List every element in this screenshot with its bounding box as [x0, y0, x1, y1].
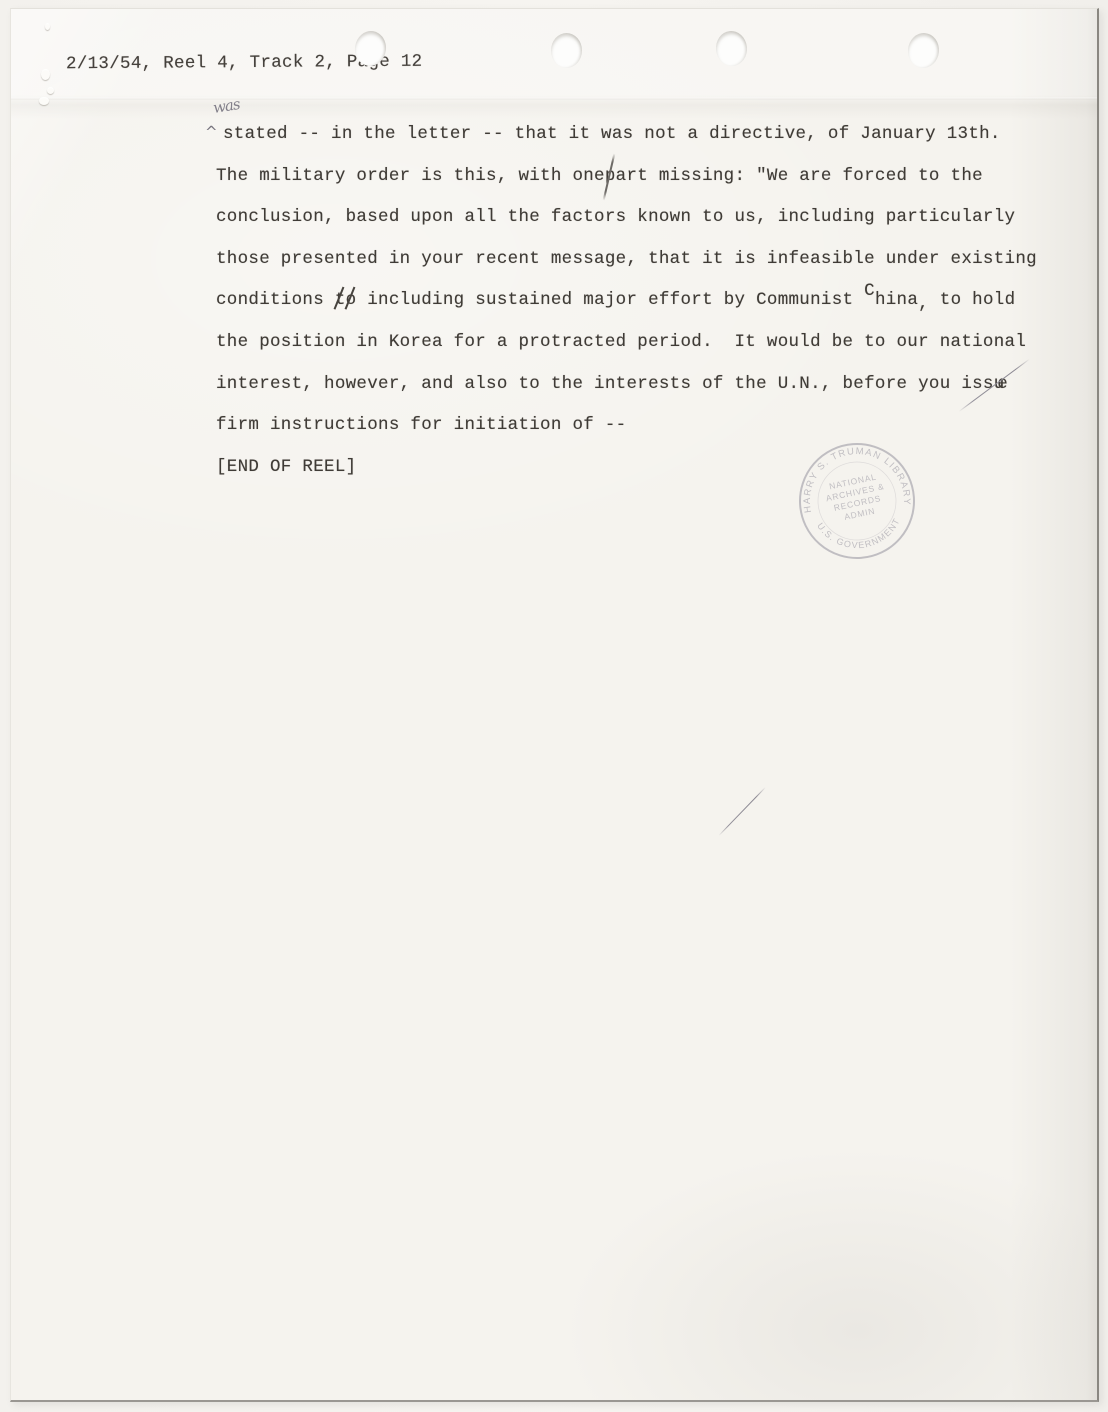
typewritten-line: firm instructions for initiation of -- [216, 414, 626, 436]
text-segment: to hold [929, 290, 1015, 310]
typewritten-line: The military order is this, with onepart… [216, 165, 983, 187]
paper-page: 2/13/54, Reel 4, Track 2, Page 12 stated… [10, 8, 1099, 1402]
typewritten-line: [END OF REEL] [216, 456, 356, 478]
typewritten-line: conclusion, based upon all the factors k… [216, 206, 1015, 228]
punch-hole [714, 29, 748, 67]
typewritten-line: those presented in your recent message, … [216, 248, 1037, 270]
typewritten-line: interest, however, and also to the inter… [216, 373, 1001, 395]
punch-hole [551, 33, 582, 68]
text-segment: The military order is this, with onepart… [216, 166, 983, 186]
punch-hole [907, 32, 941, 70]
typewritten-line: the position in Korea for a protracted p… [216, 331, 1026, 353]
handwritten-insertion: was [212, 95, 241, 117]
typewritten-line: stated -- in the letter -- that it was n… [223, 123, 1001, 145]
text-segment: firm instructions for initiation of -- [216, 415, 626, 435]
text-segment: the position in Korea for a protracted p… [216, 332, 1026, 352]
text-segment-slashed: to [335, 289, 357, 311]
scanned-document: 2/13/54, Reel 4, Track 2, Page 12 stated… [0, 0, 1108, 1412]
text-segment: hina [875, 290, 918, 310]
text-segment: interest, however, and also to the inter… [216, 374, 994, 394]
paper-speck [41, 69, 50, 80]
paper-speck [39, 97, 49, 105]
caret-mark: ^ [205, 123, 218, 141]
text-segment: conditions [216, 290, 335, 310]
text-segment: conclusion, based upon all the factors k… [216, 207, 1015, 227]
text-segment: including sustained major effort by Comm… [356, 290, 864, 310]
paper-crease [11, 97, 1097, 100]
text-segment: stated -- in the letter -- that it was n… [223, 124, 1001, 144]
text-segment: [END OF REEL] [216, 457, 356, 477]
paper-speck [47, 87, 54, 94]
paper-speck [45, 23, 50, 30]
typewritten-line: conditions to including sustained major … [216, 289, 1015, 311]
pencil-mark [718, 787, 766, 836]
text-segment-raised: C [864, 281, 875, 301]
text-segment-lowered: , [918, 294, 929, 314]
archives-stamp: HARRY S. TRUMAN LIBRARY U.S. GOVERNMENT … [782, 426, 932, 576]
text-segment: those presented in your recent message, … [216, 249, 1037, 269]
